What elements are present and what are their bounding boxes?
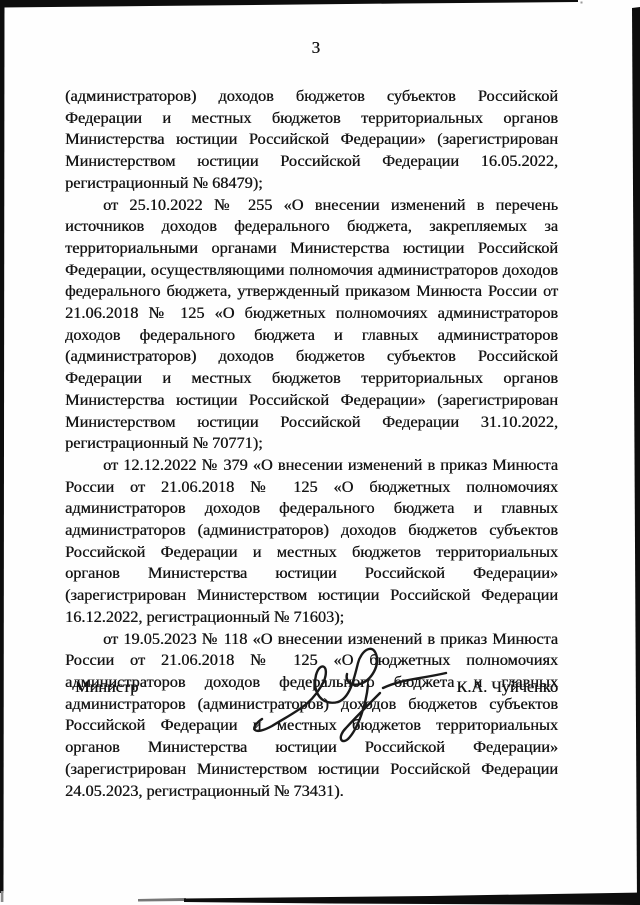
scan-edge-bottom bbox=[184, 893, 640, 905]
scan-edge-left-tip bbox=[1, 891, 4, 902]
scan-edge-bottom-faint bbox=[138, 898, 186, 902]
signature-title: Министр bbox=[65, 676, 138, 697]
scanned-document-page: 3 (администраторов) доходов бюджетов суб… bbox=[0, 0, 640, 905]
scan-edge-right bbox=[632, 7, 640, 903]
paragraph-order-255: от 25.10.2022 № 255 «О внесении изменени… bbox=[65, 194, 558, 454]
paragraph-order-379: от 12.12.2022 № 379 «О внесении изменени… bbox=[65, 454, 558, 628]
scan-edge-left bbox=[0, 0, 5, 893]
scan-edge-top bbox=[0, 0, 578, 8]
paragraph-order-118: от 19.05.2023 № 118 «О внесении изменени… bbox=[65, 628, 558, 802]
signature-name: К.А. Чуйченко bbox=[456, 676, 558, 697]
page-number: 3 bbox=[0, 38, 632, 58]
scan-speck bbox=[581, 2, 583, 4]
signature-row: Министр К.А. Чуйченко bbox=[65, 676, 558, 697]
paragraph-continuation: (администраторов) доходов бюджетов субъе… bbox=[65, 85, 558, 194]
